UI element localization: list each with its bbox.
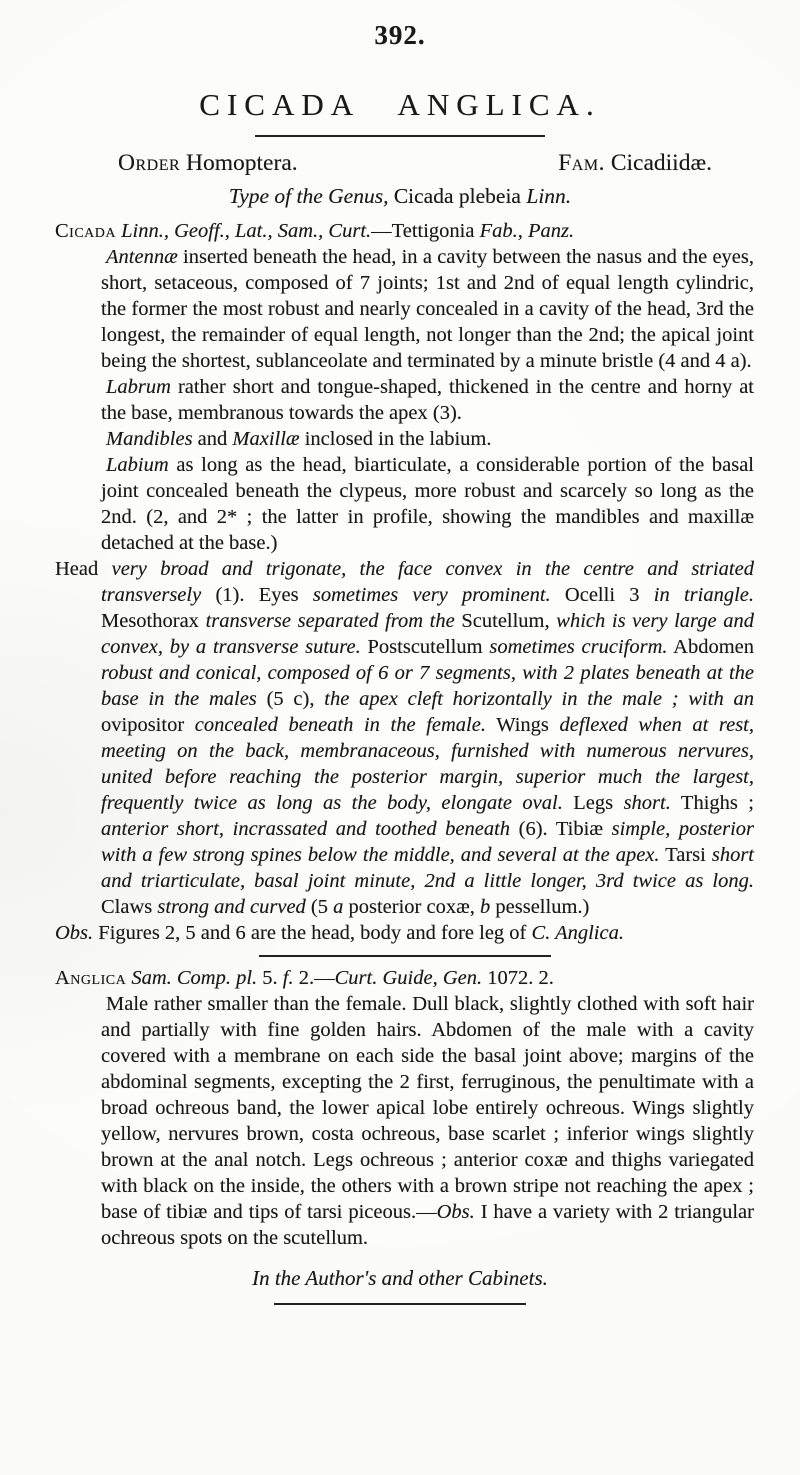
footer-divider: [274, 1303, 526, 1305]
page-number: 392.: [0, 0, 800, 51]
text-run: Legs: [563, 792, 624, 814]
text-run: the apex cleft horizontally in the male …: [324, 688, 754, 710]
paragraph: Obs. Figures 2, 5 and 6 are the head, bo…: [55, 920, 754, 946]
text-run: posterior coxæ,: [343, 896, 480, 918]
text-run: 2.—: [299, 967, 335, 989]
text-run: Abdomen: [668, 636, 755, 658]
type-of-genus-line: Type of the Genus, Cicada plebeia Linn.: [0, 184, 800, 209]
text-run: Obs.: [437, 1201, 475, 1223]
text-run: f.: [278, 967, 299, 989]
text-run: ovipositor: [101, 714, 195, 736]
order-value: Homoptera.: [180, 150, 297, 176]
text-run: Mesothorax: [101, 610, 206, 632]
text-run: Head: [55, 558, 112, 580]
text-run: rather short and tongue-shaped, thickene…: [101, 376, 754, 424]
text-run: Sam. Comp. pl.: [126, 967, 262, 989]
order-heading: Order Homoptera.: [118, 150, 298, 177]
text-run: 1072. 2.: [482, 967, 554, 989]
paragraph: Labrum rather short and tongue-shaped, t…: [55, 374, 754, 426]
family-label: Fam.: [558, 150, 605, 176]
paragraph: Antennæ inserted beneath the head, in a …: [55, 244, 754, 374]
body-text: Cicada Linn., Geoff., Lat., Sam., Curt.—…: [55, 218, 754, 1251]
text-run: Tarsi: [660, 844, 712, 866]
paragraph: Head very broad and trigonate, the face …: [55, 556, 754, 920]
paragraph: Mandibles and Maxillæ inclosed in the la…: [55, 426, 754, 452]
text-run: Ocelli 3: [551, 584, 654, 606]
text-run: —Tettigonia: [371, 220, 479, 242]
text-run: short.: [624, 792, 671, 814]
text-run: a: [333, 896, 343, 918]
text-run: inclosed in the labium.: [300, 428, 492, 450]
book-page: 392. CICADA ANGLICA. Order Homoptera. Fa…: [0, 0, 800, 1475]
order-label: Order: [118, 150, 180, 176]
section-species-description: Anglica Sam. Comp. pl. 5. f. 2.—Curt. Gu…: [55, 965, 754, 1251]
text-run: in triangle.: [654, 584, 754, 606]
text-run: Cicada: [55, 220, 116, 242]
text-run: Thighs ;: [671, 792, 754, 814]
text-run: Linn., Geoff., Lat., Sam., Curt.: [116, 220, 371, 242]
text-run: 5.: [262, 967, 277, 989]
paragraph: Labium as long as the head, biarticulate…: [55, 452, 754, 556]
text-run: transverse separated from the: [206, 610, 462, 632]
text-run: Mandibles: [106, 428, 193, 450]
text-run: Wings: [486, 714, 560, 736]
text-run: Maxillæ: [232, 428, 299, 450]
text-run: sometimes very prominent.: [313, 584, 551, 606]
text-run: Anglica: [55, 967, 126, 989]
text-run: Postscutellum: [361, 636, 490, 658]
text-run: strong and curved: [157, 896, 311, 918]
text-run: Obs.: [55, 922, 93, 944]
text-run: and: [193, 428, 233, 450]
text-run: Figures 2, 5 and 6 are the head, body an…: [93, 922, 531, 944]
text-run: b: [480, 896, 490, 918]
paragraph: Anglica Sam. Comp. pl. 5. f. 2.—Curt. Gu…: [55, 965, 754, 991]
text-run: Male rather smaller than the female. Dul…: [101, 993, 754, 1223]
text-run: Type of the Genus,: [229, 184, 389, 208]
text-run: Linn.: [526, 184, 571, 208]
text-run: Antennæ: [106, 246, 178, 268]
text-run: Curt. Guide, Gen.: [335, 967, 482, 989]
cabinet-note: In the Author's and other Cabinets.: [0, 1266, 800, 1291]
text-run: Scutellum,: [461, 610, 556, 632]
text-run: pessellum.): [490, 896, 589, 918]
text-run: Labium: [106, 454, 169, 476]
text-run: Fab., Panz.: [480, 220, 575, 242]
text-run: (5 c),: [267, 688, 325, 710]
text-run: inserted beneath the head, in a cavity b…: [101, 246, 754, 372]
family-heading: Fam. Cicadiidæ.: [558, 150, 712, 177]
text-run: as long as the head, biarticulate, a con…: [101, 454, 754, 554]
text-run: (5: [311, 896, 333, 918]
section-divider: [259, 955, 551, 957]
text-run: anterior short, incrassated and toothed …: [101, 818, 519, 840]
text-run: Cicada plebeia: [388, 184, 526, 208]
order-family-line: Order Homoptera. Fam. Cicadiidæ.: [0, 137, 800, 177]
section-generic-description: Cicada Linn., Geoff., Lat., Sam., Curt.—…: [55, 218, 754, 946]
text-run: (6). Tibiæ: [519, 818, 612, 840]
paragraph: Male rather smaller than the female. Dul…: [55, 991, 754, 1251]
text-run: sometimes cruciform.: [489, 636, 667, 658]
text-run: Labrum: [106, 376, 171, 398]
family-value: Cicadiidæ.: [605, 150, 712, 176]
species-title: CICADA ANGLICA.: [0, 87, 800, 123]
paragraph: Cicada Linn., Geoff., Lat., Sam., Curt.—…: [55, 218, 754, 244]
text-run: Claws: [101, 896, 157, 918]
text-run: C. Anglica.: [532, 922, 624, 944]
text-run: (1). Eyes: [215, 584, 312, 606]
text-run: concealed beneath in the female.: [195, 714, 486, 736]
